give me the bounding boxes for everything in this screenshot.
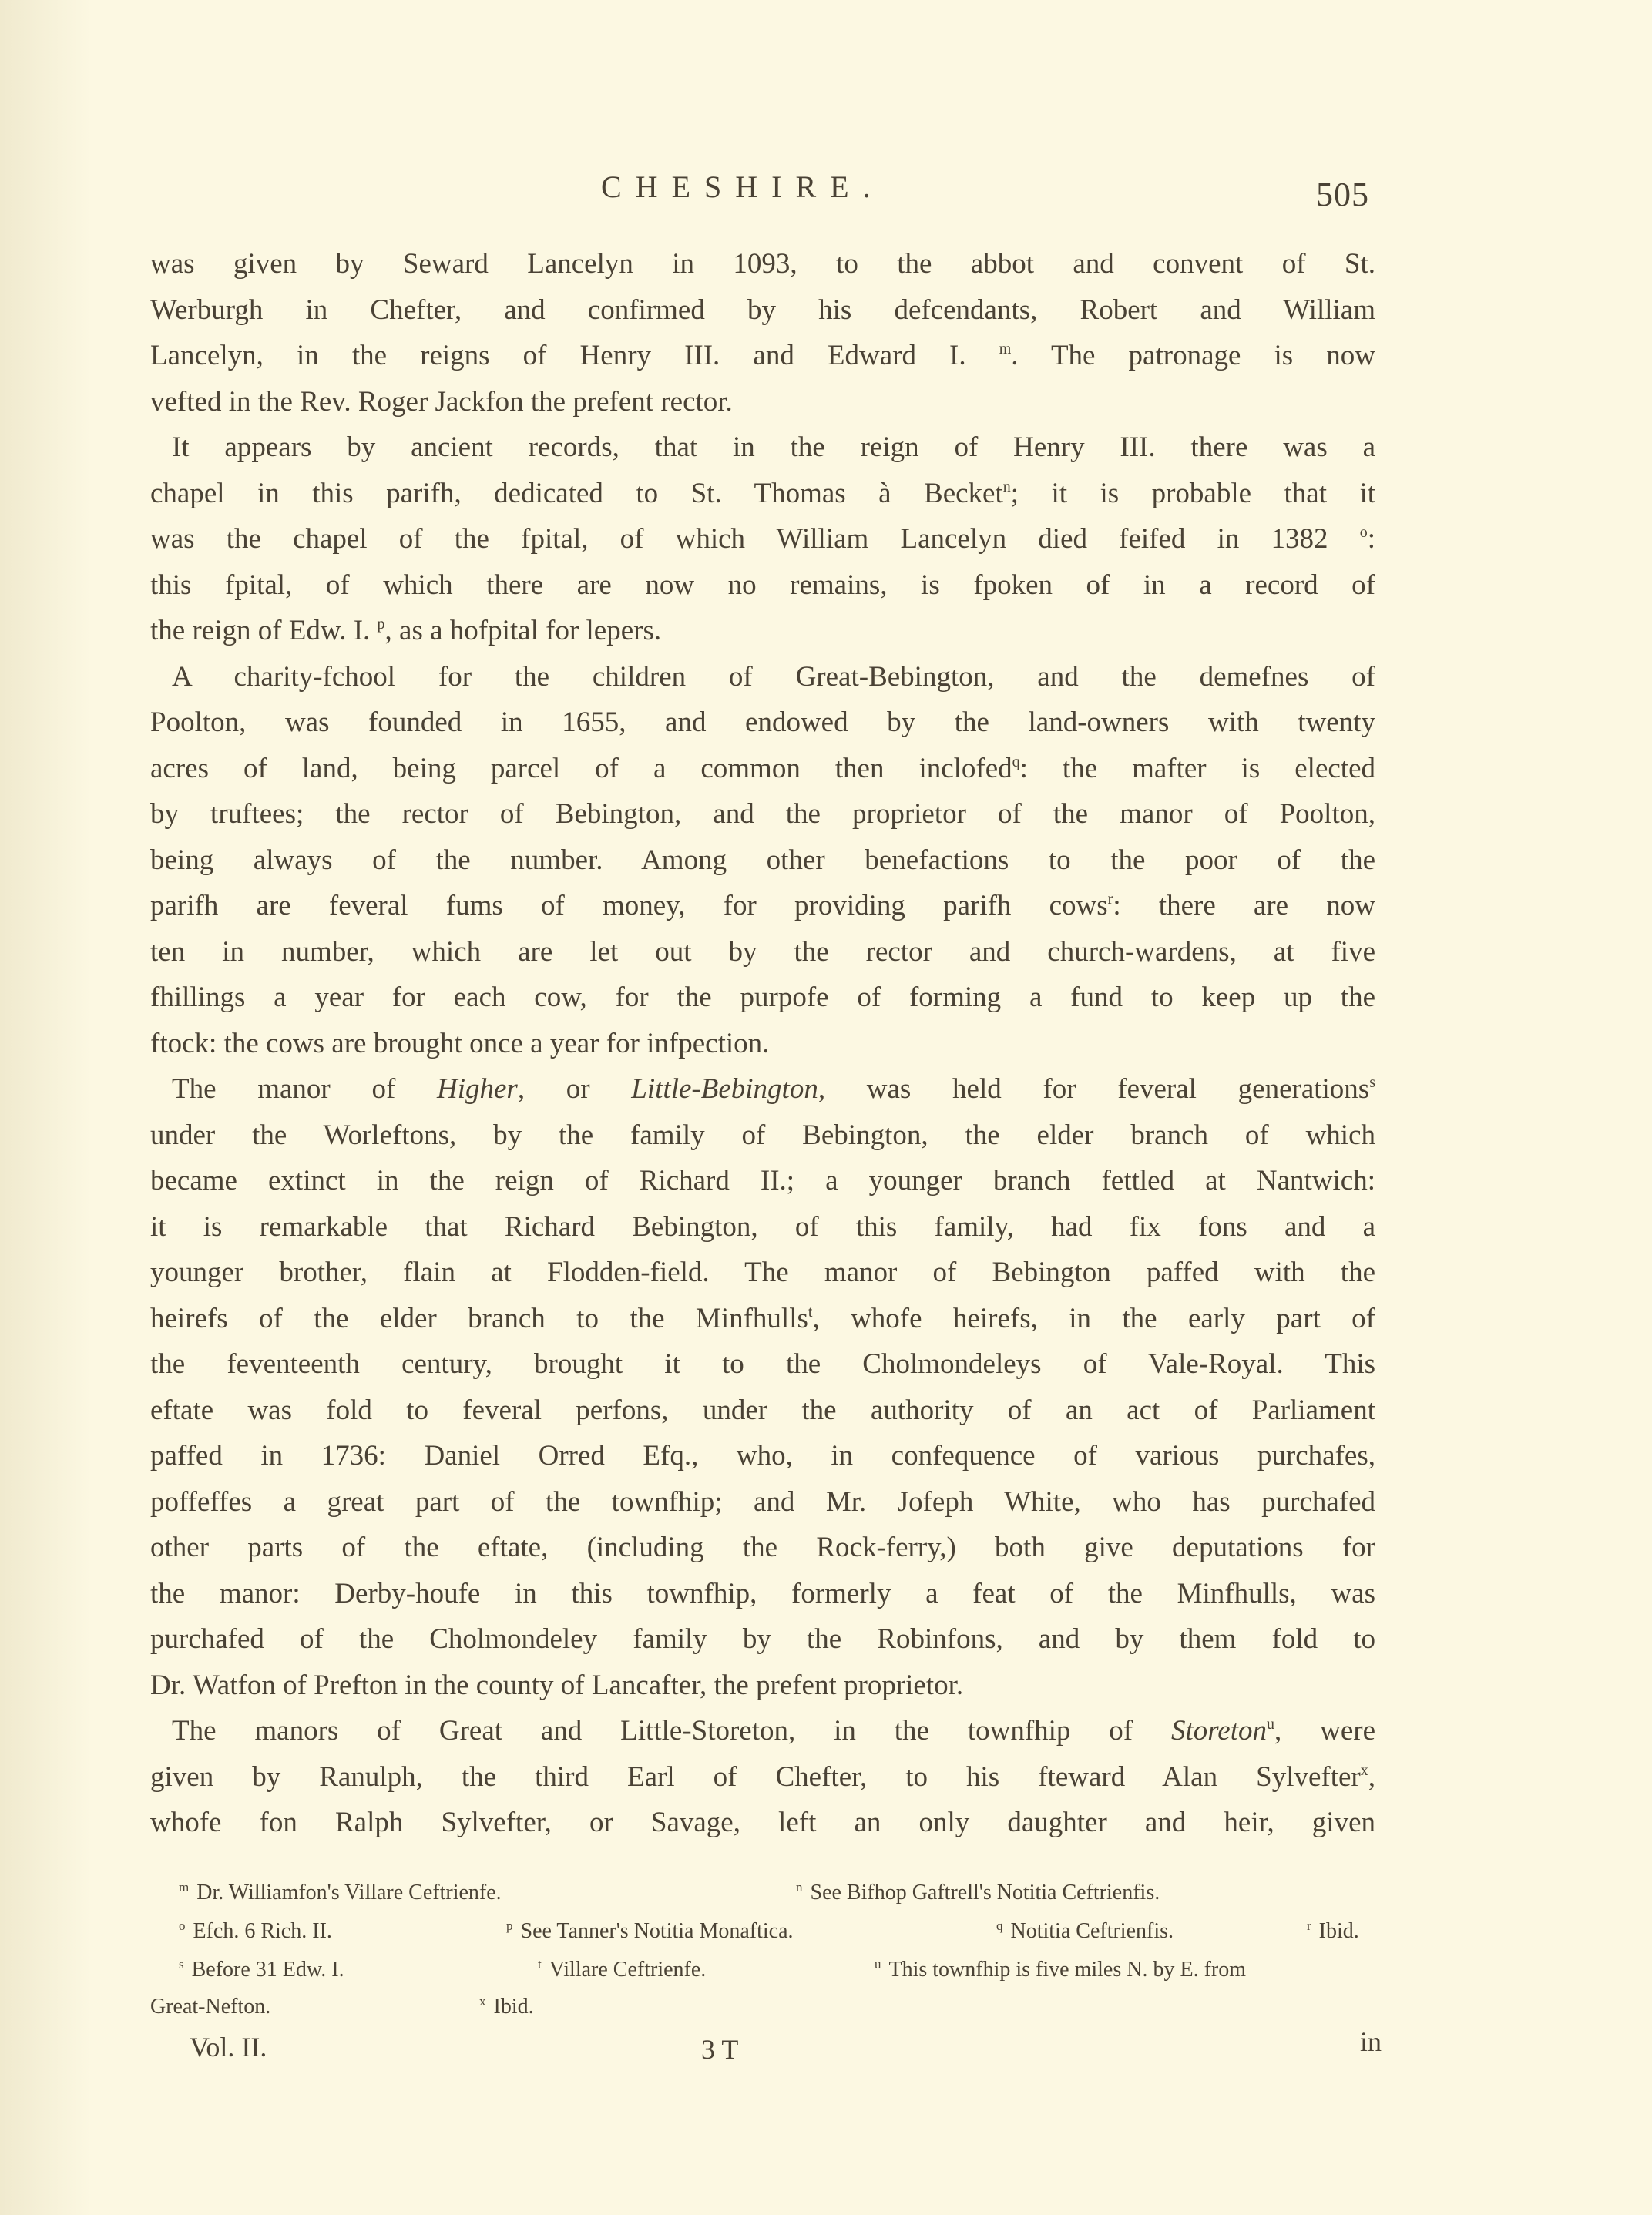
text-run: , — [1368, 1761, 1375, 1793]
footnote-text: Villare Ceftrienfe. — [549, 1958, 707, 1982]
text-run: The manors of Great and Little-Storeton,… — [172, 1715, 1171, 1747]
text-run: ftock: the cows are brought once a year … — [150, 1028, 769, 1059]
footnote-mark: p — [506, 1918, 513, 1933]
text-line: other parts of the eftate, (including th… — [150, 1525, 1375, 1571]
text-line: being always of the number. Among other … — [150, 837, 1375, 884]
text-line: poffeffes a great part of the townfhip; … — [150, 1479, 1375, 1525]
footnote: Great-Nefton. — [150, 1994, 270, 2020]
italic-text: Storeton — [1171, 1715, 1267, 1747]
text-run: Poolton, was founded in 1655, and endowe… — [150, 706, 1375, 738]
text-run: was given by Seward Lancelyn in 1093, to… — [150, 248, 1375, 280]
text-run: parifh are feveral fums of money, for pr… — [150, 890, 1108, 921]
italic-text: Little-Bebington — [631, 1073, 818, 1105]
line-text: purchafed of the Cholmondeley family by … — [150, 1616, 1375, 1663]
line-text: ten in number, which are let out by the … — [150, 929, 1375, 975]
line-text: other parts of the eftate, (including th… — [150, 1525, 1375, 1571]
footnote-text: Efch. 6 Rich. II. — [193, 1919, 332, 1943]
text-line: acres of land, being parcel of a common … — [150, 746, 1375, 792]
text-run: Lancelyn, in the reigns of Henry III. an… — [150, 340, 999, 371]
text-run: , were — [1274, 1715, 1375, 1747]
text-line: the reign of Edw. I. p, as a hofpital fo… — [150, 608, 1375, 654]
footnote-mark: n — [796, 1880, 803, 1894]
text-line: A charity-fchool for the children of Gre… — [150, 654, 1375, 700]
text-line: became extinct in the reign of Richard I… — [150, 1158, 1375, 1204]
text-run: . The patronage is now — [1011, 340, 1375, 371]
line-text: parifh are feveral fums of money, for pr… — [150, 883, 1375, 929]
text-run: Werburgh in Chefter, and confirmed by hi… — [150, 294, 1375, 326]
footnote-ref: s — [1369, 1074, 1375, 1091]
footnote-text: Before 31 Edw. I. — [192, 1958, 344, 1982]
text-line: Dr. Watfon of Prefton in the county of L… — [150, 1663, 1375, 1709]
text-line: Werburgh in Chefter, and confirmed by hi… — [150, 287, 1375, 334]
footnote: pSee Tanner's Notitia Monaftica. — [506, 1918, 794, 1947]
body-text: was given by Seward Lancelyn in 1093, to… — [150, 241, 1375, 1846]
footnote-text: Ibid. — [1319, 1919, 1359, 1943]
footnote-text: Dr. Williamfon's Villare Ceftrienfe. — [196, 1881, 501, 1905]
footnote-ref: x — [1361, 1762, 1368, 1779]
text-line: given by Ranulph, the third Earl of Chef… — [150, 1754, 1375, 1801]
text-run: was the chapel of the fpital, of which W… — [150, 523, 1360, 555]
footnote-mark: m — [179, 1880, 189, 1894]
line-text: by truftees; the rector of Bebington, an… — [150, 791, 1375, 837]
text-run: paffed in 1736: Daniel Orred Efq., who, … — [150, 1440, 1375, 1472]
text-line: chapel in this parifh, dedicated to St. … — [150, 471, 1375, 517]
text-line: purchafed of the Cholmondeley family by … — [150, 1616, 1375, 1663]
text-line: this fpital, of which there are now no r… — [150, 562, 1375, 609]
signature-mark: 3 T — [701, 2034, 738, 2065]
footnote-ref: n — [1003, 478, 1011, 495]
line-text: Poolton, was founded in 1655, and endowe… — [150, 700, 1375, 746]
text-run: younger brother, flain at Flodden-field.… — [150, 1257, 1375, 1288]
text-run: given by Ranulph, the third Earl of Chef… — [150, 1761, 1361, 1793]
text-line: was given by Seward Lancelyn in 1093, to… — [150, 241, 1375, 287]
text-run: It appears by ancient records, that in t… — [172, 431, 1375, 463]
text-line: the feventeenth century, brought it to t… — [150, 1341, 1375, 1388]
line-text: The manors of Great and Little-Storeton,… — [172, 1708, 1375, 1754]
line-text: under the Worleftons, by the family of B… — [150, 1113, 1375, 1159]
text-line: the manor: Derby-houfe in this townfhip,… — [150, 1571, 1375, 1617]
text-line: it is remarkable that Richard Bebington,… — [150, 1204, 1375, 1250]
footnote-text: Great-Nefton. — [150, 1995, 270, 2019]
text-line: parifh are feveral fums of money, for pr… — [150, 883, 1375, 929]
text-line: whofe fon Ralph Sylvefter, or Savage, le… — [150, 1800, 1375, 1846]
footnote-text: See Bifhop Gaftrell's Notitia Ceftrienfi… — [811, 1881, 1160, 1905]
line-text: Lancelyn, in the reigns of Henry III. an… — [150, 333, 1375, 379]
text-run: heirefs of the elder branch to the Minfh… — [150, 1303, 808, 1334]
text-run: being always of the number. Among other … — [150, 844, 1375, 876]
text-run: , whofe heirefs, in the early part of — [812, 1303, 1375, 1334]
text-line: heirefs of the elder branch to the Minfh… — [150, 1296, 1375, 1342]
text-line: Lancelyn, in the reigns of Henry III. an… — [150, 333, 1375, 379]
footnote: sBefore 31 Edw. I. — [179, 1957, 344, 1985]
text-line: ten in number, which are let out by the … — [150, 929, 1375, 975]
text-run: The manor of — [172, 1073, 437, 1105]
text-run: acres of land, being parcel of a common … — [150, 753, 1012, 784]
catchword: in — [1360, 2026, 1382, 2057]
text-run: Dr. Watfon of Prefton in the county of L… — [150, 1670, 963, 1701]
text-run: poffeffes a great part of the townfhip; … — [150, 1486, 1375, 1518]
line-text: poffeffes a great part of the townfhip; … — [150, 1479, 1375, 1525]
page-edge-shadow — [0, 0, 92, 2215]
footnote-ref: p — [378, 616, 385, 633]
footnote-mark: x — [479, 1994, 486, 2009]
text-line: vefted in the Rev. Roger Jackfon the pre… — [150, 379, 1375, 425]
footnote-mark: t — [538, 1957, 542, 1972]
line-text: Dr. Watfon of Prefton in the county of L… — [150, 1663, 1375, 1709]
italic-text: Higher — [437, 1073, 518, 1105]
line-text: being always of the number. Among other … — [150, 837, 1375, 884]
text-run: A charity-fchool for the children of Gre… — [172, 661, 1375, 693]
page-number: 505 — [1316, 176, 1369, 214]
text-run: vefted in the Rev. Roger Jackfon the pre… — [150, 386, 733, 418]
text-line: ftock: the cows are brought once a year … — [150, 1021, 1375, 1067]
line-text: this fpital, of which there are now no r… — [150, 562, 1375, 609]
footnote-mark: q — [996, 1918, 1003, 1933]
text-line: younger brother, flain at Flodden-field.… — [150, 1250, 1375, 1296]
text-run: other parts of the eftate, (including th… — [150, 1532, 1375, 1563]
text-run: this fpital, of which there are now no r… — [150, 569, 1375, 601]
text-run: the manor: Derby-houfe in this townfhip,… — [150, 1578, 1375, 1609]
text-line: by truftees; the rector of Bebington, an… — [150, 791, 1375, 837]
footnote-ref: u — [1267, 1716, 1274, 1733]
footnote-ref: t — [808, 1304, 813, 1321]
footnote: tVillare Ceftrienfe. — [538, 1957, 706, 1985]
running-head: CHESHIRE. — [601, 168, 885, 206]
footnote-text: Notitia Ceftrienfis. — [1011, 1919, 1174, 1943]
text-run: whofe fon Ralph Sylvefter, or Savage, le… — [150, 1807, 1375, 1838]
line-text: paffed in 1736: Daniel Orred Efq., who, … — [150, 1433, 1375, 1479]
line-text: acres of land, being parcel of a common … — [150, 746, 1375, 792]
text-run: by truftees; the rector of Bebington, an… — [150, 798, 1375, 830]
footnote-text: Ibid. — [494, 1995, 534, 2019]
footnote-ref: o — [1360, 524, 1368, 541]
text-run: ; it is probable that it — [1011, 478, 1375, 509]
line-text: became extinct in the reign of Richard I… — [150, 1158, 1375, 1204]
text-line: The manors of Great and Little-Storeton,… — [150, 1708, 1375, 1754]
text-run: the reign of Edw. I. — [150, 615, 378, 646]
footnote: xIbid. — [479, 1994, 534, 2022]
line-text: chapel in this parifh, dedicated to St. … — [150, 471, 1375, 517]
text-run: under the Worleftons, by the family of B… — [150, 1119, 1375, 1151]
footnote: mDr. Williamfon's Villare Ceftrienfe. — [179, 1880, 502, 1908]
line-text: eftate was fold to feveral perfons, unde… — [150, 1388, 1375, 1434]
footnote-mark: s — [179, 1957, 184, 1972]
text-run: : the mafter is elected — [1020, 753, 1375, 784]
text-line: paffed in 1736: Daniel Orred Efq., who, … — [150, 1433, 1375, 1479]
line-text: was given by Seward Lancelyn in 1093, to… — [150, 241, 1375, 287]
text-run: purchafed of the Cholmondeley family by … — [150, 1623, 1375, 1655]
text-run: became extinct in the reign of Richard I… — [150, 1165, 1375, 1196]
text-line: was the chapel of the fpital, of which W… — [150, 516, 1375, 562]
text-run: chapel in this parifh, dedicated to St. … — [150, 478, 1003, 509]
volume-label: Vol. II. — [190, 2032, 267, 2062]
text-run: : there are now — [1113, 890, 1375, 921]
footnote-mark: u — [875, 1957, 881, 1972]
line-text: heirefs of the elder branch to the Minfh… — [150, 1296, 1375, 1342]
text-line: eftate was fold to feveral perfons, unde… — [150, 1388, 1375, 1434]
footnote: uThis townfhip is five miles N. by E. fr… — [875, 1957, 1246, 1985]
footnote-text: This townfhip is five miles N. by E. fro… — [889, 1958, 1247, 1982]
line-text: whofe fon Ralph Sylvefter, or Savage, le… — [150, 1800, 1375, 1846]
text-run: : — [1368, 523, 1375, 555]
text-run: , as a hofpital for lepers. — [385, 615, 662, 646]
line-text: A charity-fchool for the children of Gre… — [172, 654, 1375, 700]
text-run: , or — [518, 1073, 631, 1105]
footnote: rIbid. — [1307, 1918, 1359, 1947]
text-run: , was held for feveral generations — [818, 1073, 1369, 1105]
footnote: qNotitia Ceftrienfis. — [996, 1918, 1174, 1947]
footnote: oEfch. 6 Rich. II. — [179, 1918, 332, 1947]
footnote-ref: r — [1108, 891, 1113, 908]
text-run: it is remarkable that Richard Bebington,… — [150, 1211, 1375, 1243]
footnote: nSee Bifhop Gaftrell's Notitia Ceftrienf… — [796, 1880, 1160, 1908]
footnote-ref: q — [1012, 753, 1020, 770]
line-text: Werburgh in Chefter, and confirmed by hi… — [150, 287, 1375, 334]
line-text: ftock: the cows are brought once a year … — [150, 1021, 1375, 1067]
line-text: the feventeenth century, brought it to t… — [150, 1341, 1375, 1388]
line-text: vefted in the Rev. Roger Jackfon the pre… — [150, 379, 1375, 425]
text-run: fhillings a year for each cow, for the p… — [150, 982, 1375, 1013]
footnote-text: See Tanner's Notitia Monaftica. — [521, 1919, 794, 1943]
text-line: The manor of Higher, or Little-Bebington… — [150, 1066, 1375, 1113]
footnote-ref: m — [999, 341, 1012, 357]
text-line: fhillings a year for each cow, for the p… — [150, 975, 1375, 1021]
line-text: fhillings a year for each cow, for the p… — [150, 975, 1375, 1021]
line-text: the manor: Derby-houfe in this townfhip,… — [150, 1571, 1375, 1617]
footnote-mark: r — [1307, 1918, 1311, 1933]
text-run: ten in number, which are let out by the … — [150, 936, 1375, 968]
line-text: it is remarkable that Richard Bebington,… — [150, 1204, 1375, 1250]
line-text: The manor of Higher, or Little-Bebington… — [172, 1066, 1375, 1113]
line-text: the reign of Edw. I. p, as a hofpital fo… — [150, 608, 1375, 654]
text-line: under the Worleftons, by the family of B… — [150, 1113, 1375, 1159]
text-line: Poolton, was founded in 1655, and endowe… — [150, 700, 1375, 746]
line-text: younger brother, flain at Flodden-field.… — [150, 1250, 1375, 1296]
text-run: the feventeenth century, brought it to t… — [150, 1348, 1375, 1380]
line-text: was the chapel of the fpital, of which W… — [150, 516, 1375, 562]
footnote-mark: o — [179, 1918, 186, 1933]
line-text: given by Ranulph, the third Earl of Chef… — [150, 1754, 1375, 1801]
line-text: It appears by ancient records, that in t… — [172, 425, 1375, 471]
text-run: eftate was fold to feveral perfons, unde… — [150, 1394, 1375, 1426]
text-line: It appears by ancient records, that in t… — [150, 425, 1375, 471]
